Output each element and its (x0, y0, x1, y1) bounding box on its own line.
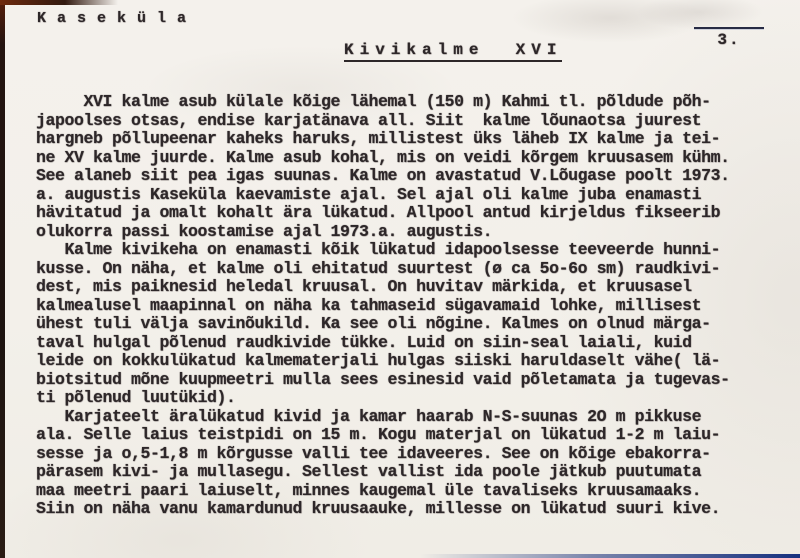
page-number: 3. (694, 31, 764, 49)
page-number-overline (694, 27, 764, 29)
header-location: Kaseküla (37, 10, 197, 27)
photo-edge-left (0, 0, 5, 558)
page-number-box: 3. (694, 27, 764, 49)
photo-page: Kaseküla 3. Kivikalme XVI XVI kalme asub… (0, 0, 800, 558)
paragraph-2: Kalme kivikeha on enamasti kõik lükatud … (36, 241, 798, 408)
paragraph-3: Karjateelt äralükatud kivid ja kamar haa… (36, 408, 798, 519)
photo-edge-bottom-right (420, 554, 800, 558)
document-body: XVI kalme asub külale kõige lähemal (150… (36, 93, 798, 519)
paragraph-1: XVI kalme asub külale kõige lähemal (150… (36, 93, 798, 241)
document-title: Kivikalme XVI (344, 41, 562, 62)
photo-edge-top-left (0, 0, 118, 5)
